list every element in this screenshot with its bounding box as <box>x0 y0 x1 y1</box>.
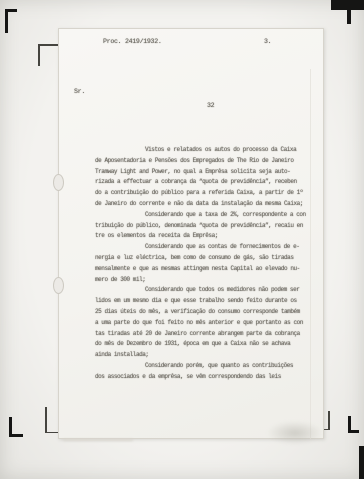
body-line: 25 dias úteis do mês, a verificação do c… <box>95 307 313 318</box>
body-line: Vistos e relatados os autos do processo … <box>95 145 313 156</box>
salutation: Sr. <box>74 88 85 95</box>
body-line: tribuição do público, denominada “quota … <box>95 221 313 232</box>
body-line: do mês de Dezembro de 1931, época em que… <box>95 339 313 350</box>
header-page-ref: 3. <box>264 38 271 45</box>
crop-mark-bottom-right-v <box>328 411 330 430</box>
body-line: a uma parte do que foi feito no mês ante… <box>95 318 313 329</box>
body-line: mero de 300 mil; <box>95 275 313 286</box>
film-mark-top-left-vertical <box>5 9 8 33</box>
film-mark-bottom-right-horizontal <box>348 430 359 433</box>
body-line: Tramway Light and Power, no qual a Emprê… <box>95 167 313 178</box>
body-line: de Aposentadoria e Pensões dos Empregado… <box>95 156 313 167</box>
crop-mark-top-left-v <box>38 44 40 66</box>
body-line: Considerando que as contas de fornecimen… <box>95 242 313 253</box>
page-edge-notch <box>53 174 64 191</box>
body-line: do a contribuição do público para a refe… <box>95 188 313 199</box>
body-line: ainda installada; <box>95 350 313 361</box>
body-line: Considerando que a taxa de 2%, correspon… <box>95 210 313 221</box>
page-edge-notch <box>53 277 64 294</box>
body-line: nergia e luz eléctrica, bem como de cons… <box>95 253 313 264</box>
body-line: mensalmente e que as mesmas attingem nes… <box>95 264 313 275</box>
film-mark-bottom-left-horizontal <box>9 434 23 437</box>
film-mark-top-left-horizontal <box>5 9 17 12</box>
scanned-document-frame: Proc. 2419/1932. 3. Sr. 32 Vistos e rela… <box>0 0 364 479</box>
film-mark-top-right-stub <box>347 10 351 24</box>
body-line: rizada a effectuar a cobrança da “quota … <box>95 177 313 188</box>
proc-number: Proc. 2419/1932. <box>103 38 162 45</box>
folio-number: 32 <box>207 102 214 109</box>
film-mark-top-right-bar <box>331 0 364 10</box>
body-line: tre os elementos da receita da Emprêsa; <box>95 231 313 242</box>
crop-mark-bottom-left-v <box>45 407 47 433</box>
body-text: Vistos e relatados os autos do processo … <box>95 145 313 383</box>
body-line: Considerando porém, que quanto as contri… <box>95 361 313 372</box>
body-line: dos associados e da emprêsa, se vêm corr… <box>95 372 313 383</box>
body-line: de Janeiro do corrente e não da data da … <box>95 199 313 210</box>
page-smudge <box>267 421 323 445</box>
body-line: Considerando que todos os medidores não … <box>95 285 313 296</box>
body-line: lidos em um mesmo dia e que esse trabalh… <box>95 296 313 307</box>
document-page: Proc. 2419/1932. 3. Sr. 32 Vistos e rela… <box>58 28 324 439</box>
film-edge-strip-right <box>359 446 364 479</box>
page-streak <box>63 439 133 441</box>
body-line: tas tiradas até 20 de Janeiro corrente a… <box>95 329 313 340</box>
